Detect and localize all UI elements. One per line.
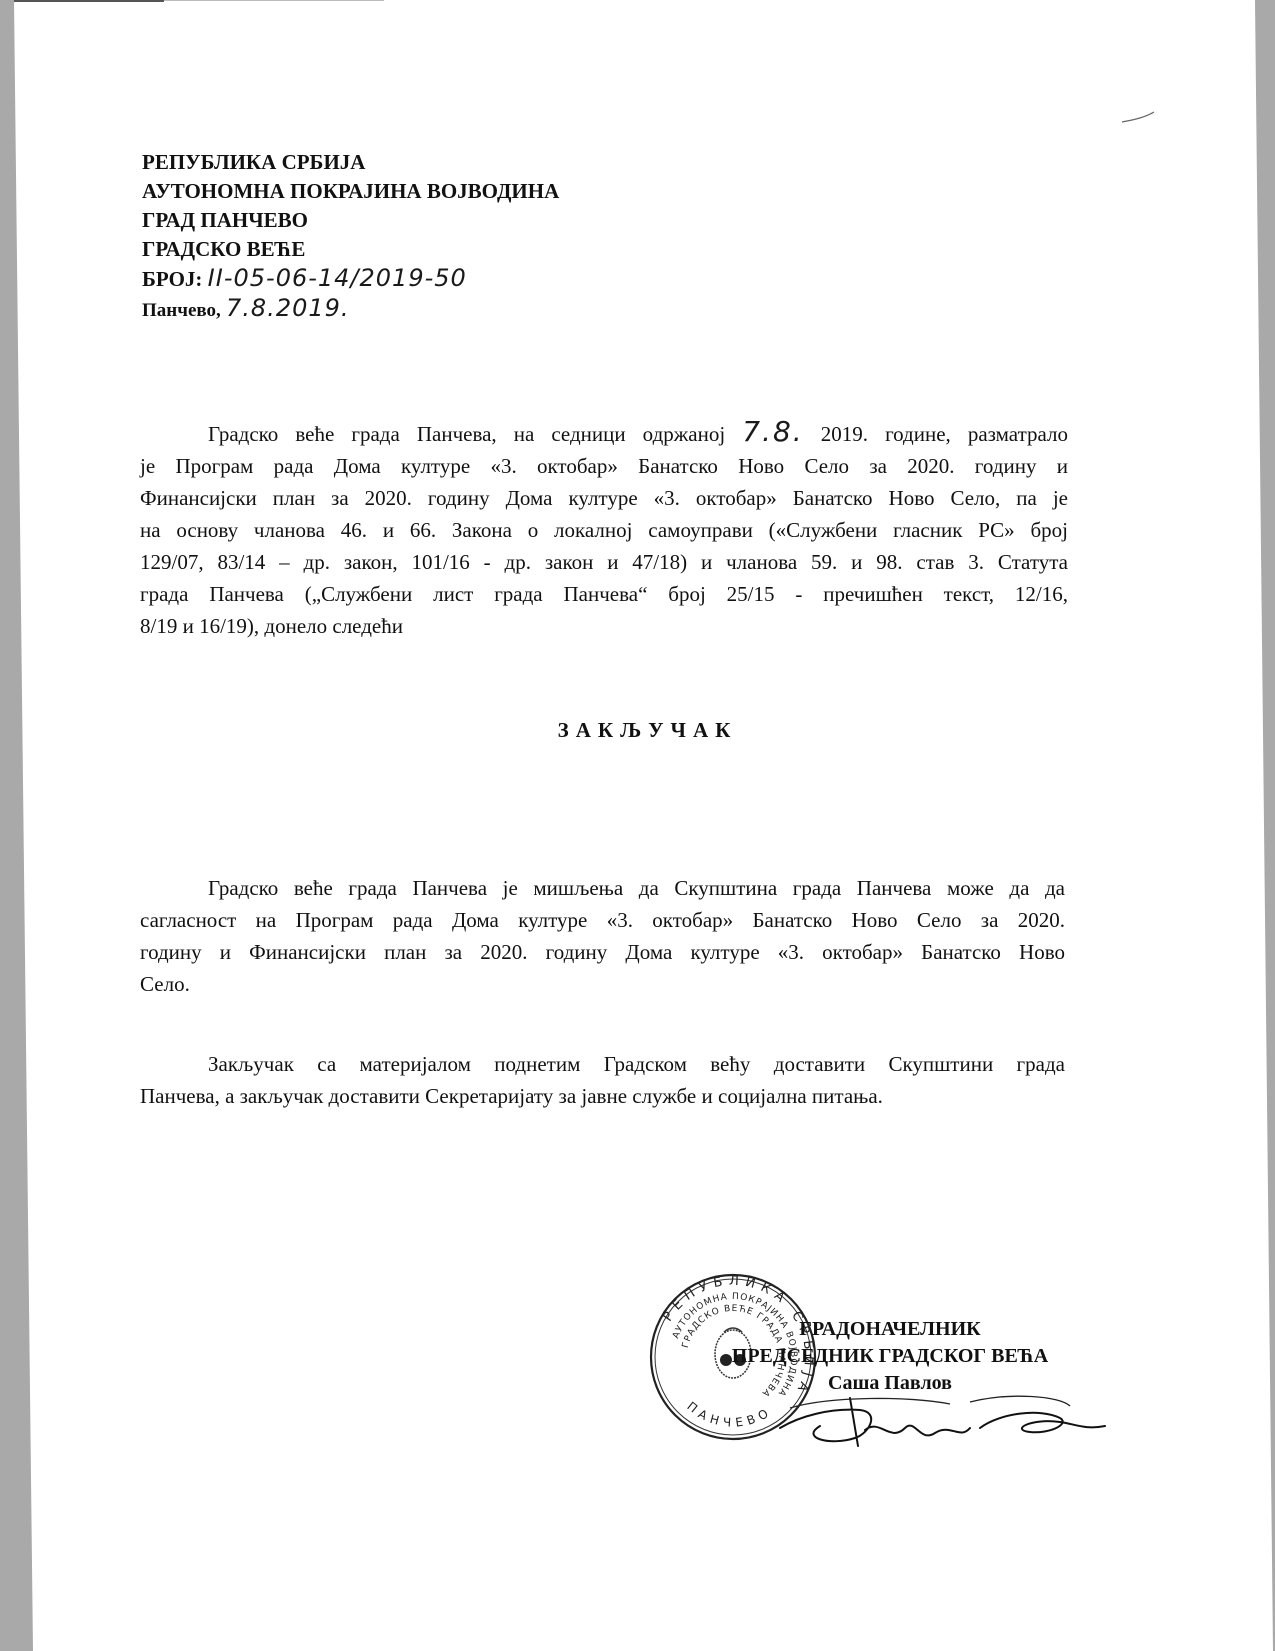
delivery-paragraph: Закључак са материјалом поднетим Градско…	[140, 1048, 1065, 1112]
place-label: Панчево,	[142, 300, 221, 321]
handwritten-date: 7.8.2019.	[226, 294, 350, 322]
number-label: БРОЈ:	[142, 267, 202, 291]
pen-stroke-mark	[1120, 110, 1156, 124]
paragraph-line: на основу чланова 46. и 66. Закона о лок…	[140, 514, 1068, 546]
scan-edge-mark	[14, 0, 164, 2]
paragraph-line: 8/19 и 16/19), донело следећи	[140, 610, 1068, 642]
paragraph-line: града Панчева („Службени лист града Панч…	[140, 578, 1068, 610]
paragraph-line: је Програм рада Дома културе «3. октобар…	[140, 450, 1068, 482]
paragraph-line: Закључак са материјалом поднетим Градско…	[140, 1048, 1065, 1080]
paragraph-line: Градско веће града Панчева је мишљења да…	[140, 872, 1065, 904]
paragraph-line: Село.	[140, 968, 1065, 1000]
header-place-date: Панчево, 7.8.2019.	[142, 294, 559, 325]
text-span: 2019. године, разматрало	[821, 422, 1068, 446]
paragraph-line: годину и Финансијски план за 2020. годин…	[140, 936, 1065, 968]
intro-paragraph: Градско веће града Панчева, на седници о…	[140, 418, 1068, 642]
header-country: РЕПУБЛИКА СРБИЈА	[142, 148, 559, 177]
handwritten-number: II-05-06-14/2019-50	[208, 264, 467, 292]
svg-text:ПАНЧЕВО: ПАНЧЕВО	[684, 1399, 775, 1430]
document-header: РЕПУБЛИКА СРБИЈА АУТОНОМНА ПОКРАЈИНА ВОЈ…	[142, 148, 559, 325]
handwritten-session-date: 7.8.	[742, 415, 803, 448]
scan-edge-mark	[164, 0, 384, 1]
paragraph-line: Градско веће града Панчева, на седници о…	[140, 418, 1068, 450]
paragraph-line: 129/07, 83/14 – др. закон, 101/16 - др. …	[140, 546, 1068, 578]
signatory-title-president: ПРЕДСЕДНИК ГРАДСКОГ ВЕЋА	[690, 1343, 1090, 1370]
paragraph-line: Панчева, а закључак доставити Секретариј…	[140, 1080, 1065, 1112]
signatory-title-mayor: ГРАДОНАЧЕЛНИК	[690, 1316, 1090, 1343]
handwritten-signature-icon	[770, 1388, 1110, 1448]
signature-block: ГРАДОНАЧЕЛНИК ПРЕДСЕДНИК ГРАДСКОГ ВЕЋА С…	[690, 1316, 1090, 1397]
document-title: ЗАКЉУЧАК	[0, 718, 1275, 743]
text-span: Градско веће града Панчева, на седници о…	[208, 422, 725, 446]
header-province: АУТОНОМНА ПОКРАЈИНА ВОЈВОДИНА	[142, 177, 559, 206]
header-council: ГРАДСКО ВЕЋЕ	[142, 235, 559, 264]
paragraph-line: сагласност на Програм рада Дома културе …	[140, 904, 1065, 936]
decision-paragraph: Градско веће града Панчева је мишљења да…	[140, 872, 1065, 1000]
header-number: БРОЈ: II-05-06-14/2019-50	[142, 264, 559, 294]
paragraph-line: Финансијски план за 2020. годину Дома ку…	[140, 482, 1068, 514]
header-city: ГРАД ПАНЧЕВО	[142, 206, 559, 235]
